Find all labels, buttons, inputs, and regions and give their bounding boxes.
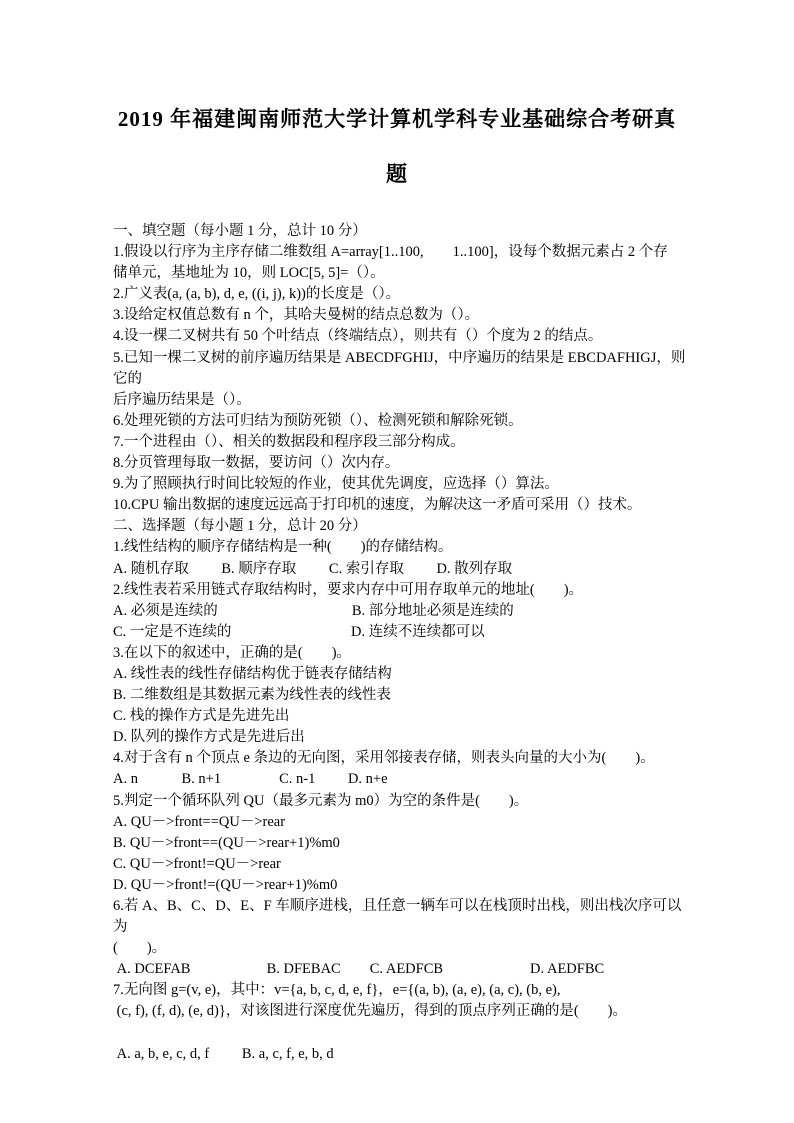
question-text: 4.对于含有 n 个顶点 e 条边的无向图，采用邻接表存储，则表头向量的大小为(… — [113, 748, 688, 769]
section-heading-2: 二、选择题（每小题 1 分，总计 20 分） — [113, 516, 688, 537]
option-line: D. 队列的操作方式是先进后出 — [113, 727, 688, 748]
question-text: 7.一个进程由（）、相关的数据段和程序段三部分构成。 — [113, 432, 688, 453]
question-text: 2.广义表(a, (a, b), d, e, ((i, j), k))的长度是（… — [113, 284, 688, 305]
option-line: B. QU－>front==(QU－>rear+1)%m0 — [113, 833, 688, 854]
option-line: B. 二维数组是其数据元素为线性表的线性表 — [113, 685, 688, 706]
question-text: 8.分页管理每取一数据，要访问（）次内存。 — [113, 453, 688, 474]
document-title-line-1: 2019 年福建闽南师范大学计算机学科专业基础综合考研真 — [0, 92, 794, 147]
option-line: A. DCEFAB B. DFEBAC C. AEDFCB D. AEDFBC — [113, 959, 688, 980]
option-line: A. 随机存取 B. 顺序存取 C. 索引存取 D. 散列存取 — [113, 559, 688, 580]
question-text: 3.设给定权值总数有 n 个，其哈夫曼树的结点总数为（）。 — [113, 305, 688, 326]
question-text: 4.设一棵二叉树共有 50 个叶结点（终端结点），则共有（）个度为 2 的结点。 — [113, 326, 688, 347]
question-text: 7.无向图 g=(v, e)，其中：v={a, b, c, d, e, f}，e… — [113, 980, 688, 1022]
blank-line — [113, 1023, 688, 1044]
question-text: 6.若 A、B、C、D、E、F 车顺序进栈，且任意一辆车可以在栈顶时出栈，则出栈… — [113, 896, 688, 959]
option-line: A. n B. n+1 C. n-1 D. n+e — [113, 769, 688, 790]
option-line: A. 必须是连续的 B. 部分地址必须是连续的 — [113, 601, 688, 622]
option-line: C. QU－>front!=QU－>rear — [113, 854, 688, 875]
option-line: A. QU－>front==QU－>rear — [113, 812, 688, 833]
document-page: 2019 年福建闽南师范大学计算机学科专业基础综合考研真 题 一、填空题（每小题… — [0, 0, 794, 1123]
section-heading-1: 一、填空题（每小题 1 分，总计 10 分） — [113, 221, 688, 242]
option-line: C. 一定是不连续的 D. 连续不连续都可以 — [113, 622, 688, 643]
question-text: 1.假设以行序为主序存储二维数组 A=array[1..100, 1..100]… — [113, 242, 688, 284]
question-text: 6.处理死锁的方法可归结为预防死锁（）、检测死锁和解除死锁。 — [113, 411, 688, 432]
question-text: 5.判定一个循环队列 QU（最多元素为 m0）为空的条件是( )。 — [113, 791, 688, 812]
question-text: 3.在以下的叙述中，正确的是( )。 — [113, 643, 688, 664]
document-title: 2019 年福建闽南师范大学计算机学科专业基础综合考研真 题 — [0, 0, 794, 202]
document-content: 一、填空题（每小题 1 分，总计 10 分）1.假设以行序为主序存储二维数组 A… — [113, 221, 688, 1065]
document-title-line-2: 题 — [0, 147, 794, 202]
option-line: C. 栈的操作方式是先进先出 — [113, 706, 688, 727]
option-line: A. 线性表的线性存储结构优于链表存储结构 — [113, 664, 688, 685]
option-line: A. a, b, e, c, d, f B. a, c, f, e, b, d — [113, 1044, 688, 1065]
question-text: 5.已知一棵二叉树的前序遍历结果是 ABECDFGHIJ，中序遍历的结果是 EB… — [113, 348, 688, 411]
option-line: D. QU－>front!=(QU－>rear+1)%m0 — [113, 875, 688, 896]
question-text: 2.线性表若采用链式存取结构时，要求内存中可用存取单元的地址( )。 — [113, 580, 688, 601]
question-text: 1.线性结构的顺序存储结构是一种( )的存储结构。 — [113, 537, 688, 558]
question-text: 9.为了照顾执行时间比较短的作业，使其优先调度，应选择（）算法。 — [113, 474, 688, 495]
question-text: 10.CPU 输出数据的速度远远高于打印机的速度，为解决这一矛盾可采用（）技术。 — [113, 495, 688, 516]
